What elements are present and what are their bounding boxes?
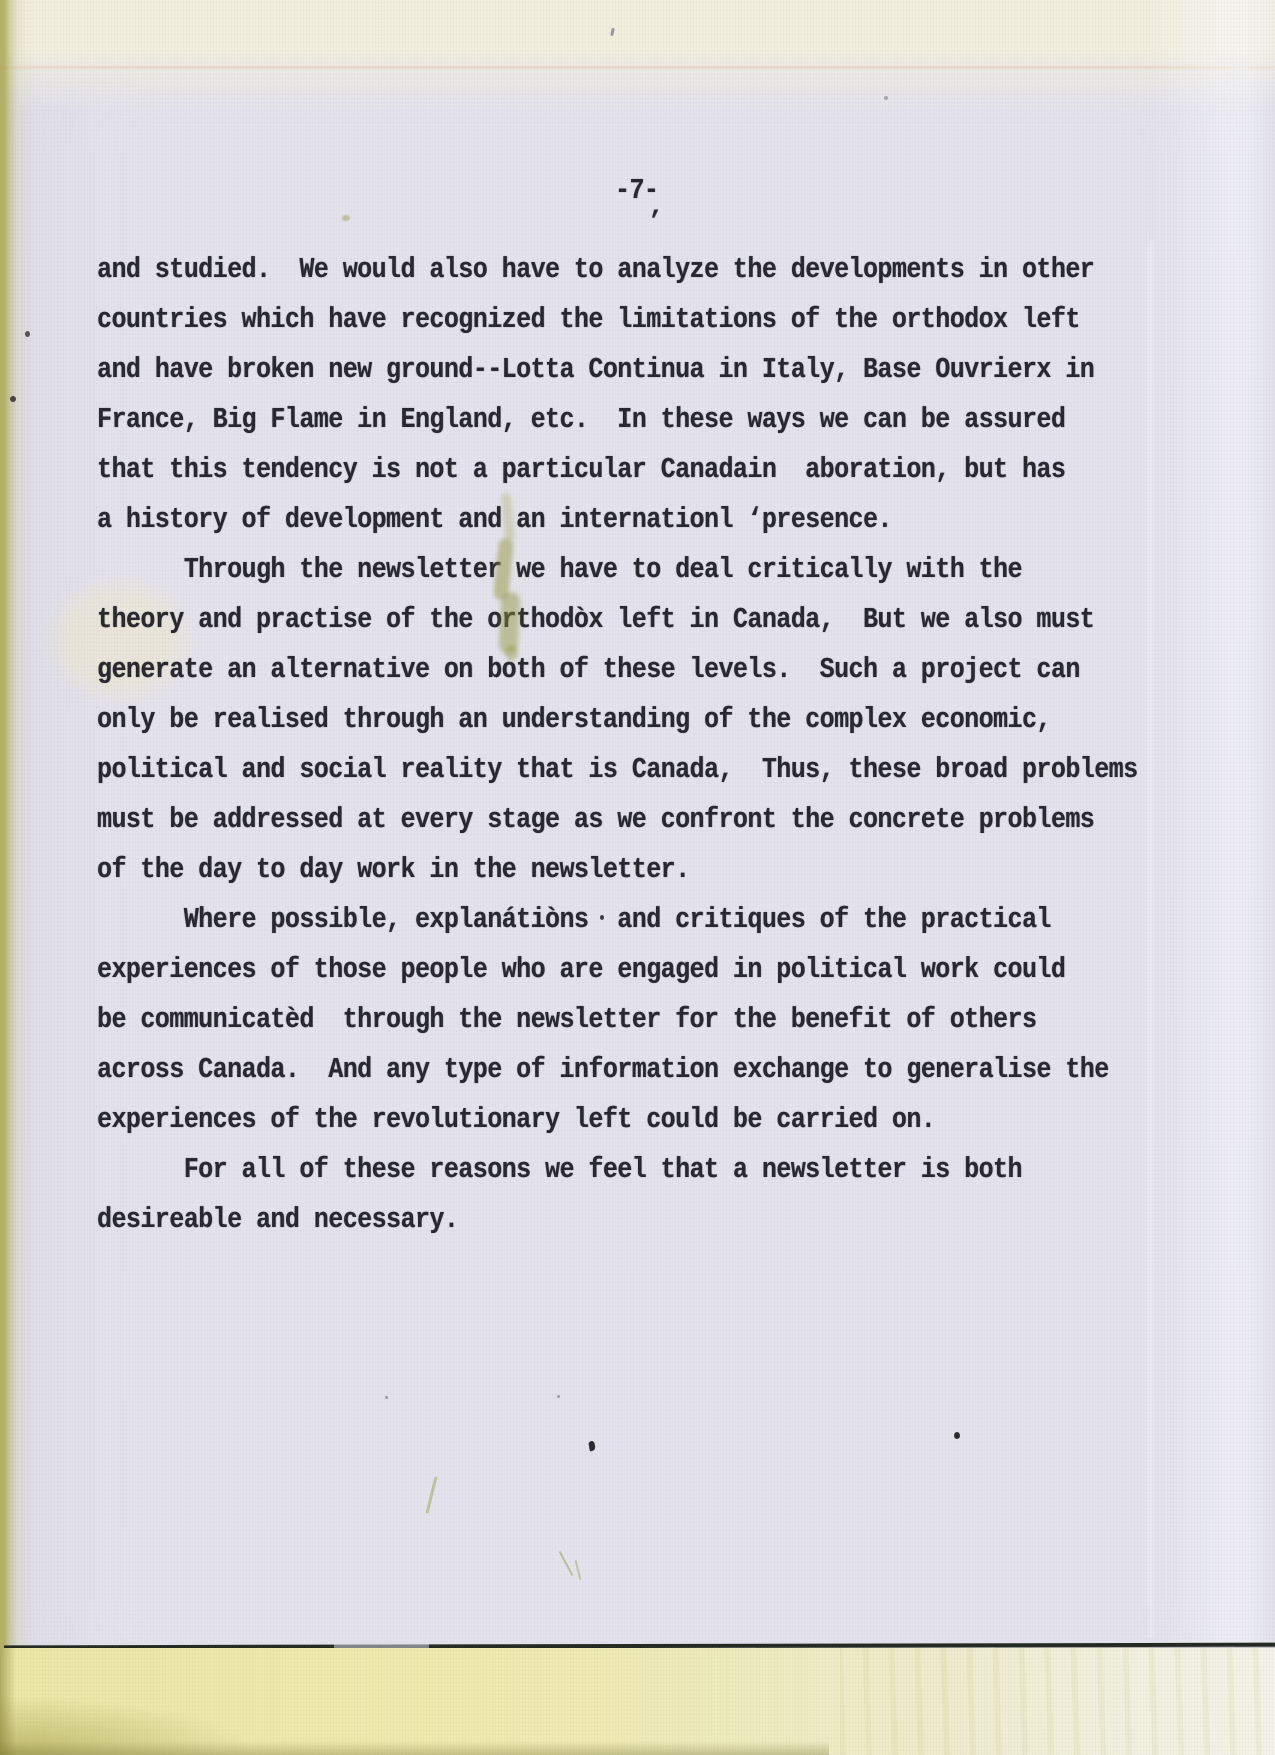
text-line: be communicatèd through the newsletter f… (97, 992, 1207, 1049)
text-line: that this tendency is not a particular C… (97, 442, 1207, 499)
scan-bed-bottom-shade (0, 1741, 829, 1755)
text-line: Through the newsletter we have to deal c… (97, 542, 1207, 599)
text-line: political and social reality that is Can… (97, 742, 1207, 799)
text-line: France, Big Flame in England, etc. In th… (97, 392, 1207, 449)
scan-bed-strip (0, 1648, 1275, 1755)
text-line: must be addressed at every stage as we c… (97, 792, 1207, 849)
text-line: a history of development and an internat… (97, 492, 1207, 549)
ink-speck (954, 1432, 960, 1439)
document-text: and studied. We would also have to analy… (97, 245, 1207, 1245)
ink-speck (385, 1396, 388, 1399)
top-cream-band (0, 0, 1275, 115)
green-scratch (559, 1551, 573, 1576)
ink-speck (557, 1395, 560, 1398)
scan-bed-mottle (840, 1648, 1275, 1755)
text-line: across Canada. And any type of informati… (97, 1042, 1207, 1099)
left-edge-shadow (0, 0, 34, 1648)
text-line: experiences of those people who are enga… (97, 942, 1207, 999)
scan-bed-left-edge (0, 1648, 16, 1755)
text-line: only be realised through an understandin… (97, 692, 1207, 749)
text-line: generate an alternative on both of these… (97, 642, 1207, 699)
ink-speck (588, 1441, 596, 1452)
text-line: For all of these reasons we feel that a … (97, 1142, 1207, 1199)
green-scratch (575, 1560, 582, 1580)
crease-line (0, 66, 1275, 69)
green-scratch (425, 1476, 437, 1514)
text-line: of the day to day work in the newsletter… (97, 842, 1207, 899)
text-line: experiences of the revolutionary left co… (97, 1092, 1207, 1149)
green-smudge (342, 215, 350, 221)
scanned-page: -7- , and studied. We would also have to… (0, 0, 1275, 1755)
text-line: and studied. We would also have to analy… (97, 242, 1207, 299)
text-line: and have broken new ground--Lotta Contin… (97, 342, 1207, 399)
text-line: Where possible, explanátiòns and critiqu… (97, 892, 1207, 949)
text-line: countries which have recognized the limi… (97, 292, 1207, 349)
text-line: theory and practise of the orthodòx left… (97, 592, 1207, 649)
text-line: desireable and necessary. (97, 1192, 1207, 1249)
stray-comma-mark: , (649, 192, 663, 222)
